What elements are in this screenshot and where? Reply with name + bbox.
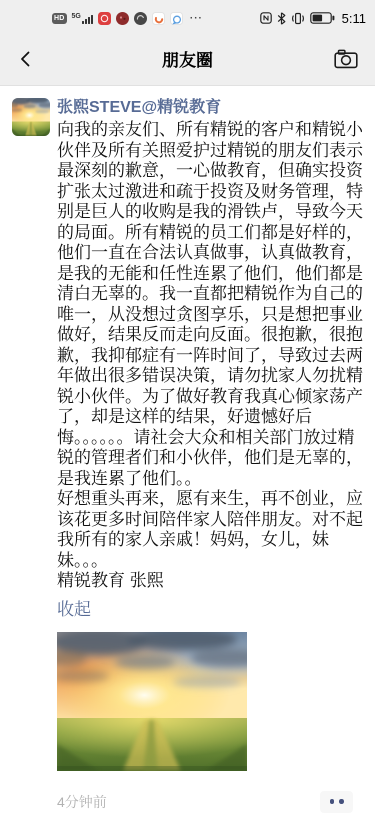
post-meta-row: 4分钟前 bbox=[57, 791, 363, 813]
notification-app-icon-gray bbox=[134, 12, 147, 25]
notification-app-icon-darkred bbox=[116, 12, 129, 25]
like-comment-menu-button[interactable] bbox=[320, 791, 353, 813]
bluetooth-icon bbox=[277, 12, 286, 25]
avatar-image bbox=[12, 98, 50, 136]
battery-icon bbox=[310, 12, 335, 24]
hd-badge-icon: HD bbox=[52, 13, 67, 24]
notification-app-icon-red bbox=[98, 12, 111, 25]
status-bar-right: 5:11 bbox=[260, 11, 366, 26]
menu-dot-icon bbox=[339, 799, 344, 804]
post-timestamp: 4分钟前 bbox=[57, 792, 107, 812]
network-type-label: 5G bbox=[72, 13, 81, 20]
camera-icon bbox=[334, 49, 358, 69]
moment-post: 张熙STEVE@精锐教育 向我的亲友们、所有精锐的客户和精锐小伙伴及所有关照爱护… bbox=[0, 86, 375, 813]
vibrate-icon bbox=[291, 12, 305, 25]
menu-dot-icon bbox=[330, 799, 335, 804]
clock-time: 5:11 bbox=[342, 11, 366, 26]
back-chevron-icon bbox=[16, 49, 36, 69]
post-body-text: 向我的亲友们、所有精锐的客户和精锐小伙伴及所有关照爱护过精锐的朋友们表示最深刻的… bbox=[57, 120, 363, 592]
post-photo[interactable] bbox=[57, 632, 247, 771]
notification-app-icon-orange bbox=[152, 12, 165, 25]
nav-bar: 朋友圈 bbox=[0, 32, 375, 86]
camera-button[interactable] bbox=[331, 45, 361, 73]
back-button[interactable] bbox=[12, 45, 40, 73]
nfc-icon bbox=[260, 12, 272, 24]
page-title: 朋友圈 bbox=[0, 46, 375, 71]
wechat-moments-screen: HD 5G ··· bbox=[0, 0, 375, 825]
avatar[interactable] bbox=[12, 98, 50, 136]
notification-app-icon-chat bbox=[170, 12, 183, 25]
signal-strength-icon: 5G bbox=[72, 13, 93, 24]
collapse-link[interactable]: 收起 bbox=[57, 599, 91, 620]
status-bar: HD 5G ··· bbox=[0, 0, 375, 32]
author-name[interactable]: 张熙STEVE@精锐教育 bbox=[57, 98, 363, 117]
post-content: 张熙STEVE@精锐教育 向我的亲友们、所有精锐的客户和精锐小伙伴及所有关照爱护… bbox=[57, 98, 363, 813]
status-bar-left: HD 5G ··· bbox=[52, 12, 203, 25]
more-notifications-indicator: ··· bbox=[190, 13, 203, 24]
